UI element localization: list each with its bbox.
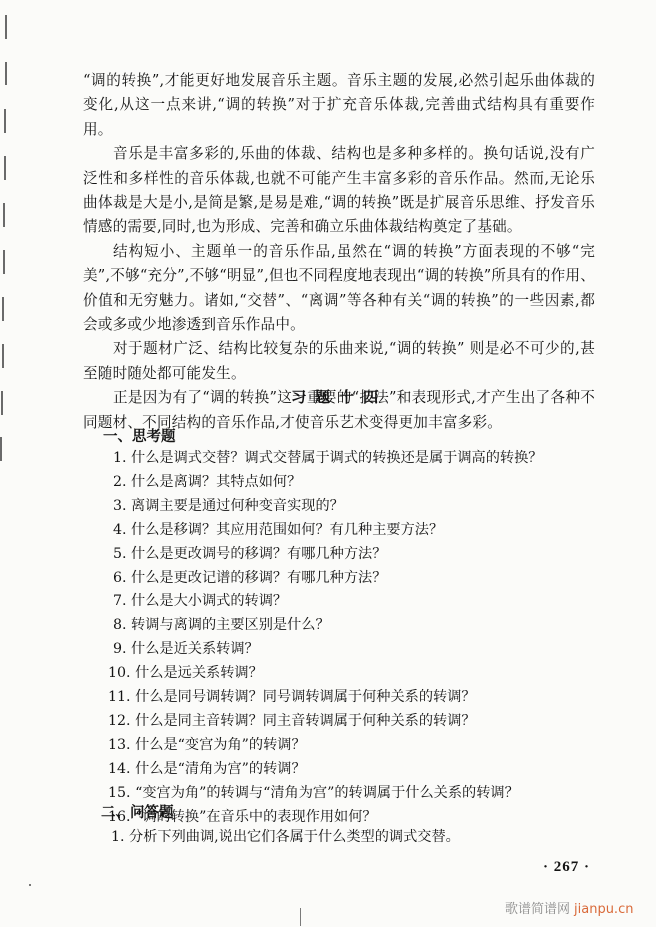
question-item: 2. 什么是离调？其特点如何？ [113, 471, 543, 495]
binding-edge-mark [4, 109, 6, 133]
page-number: · 267 · [543, 859, 590, 876]
question-item: 13. 什么是“变宫为角”的转调？ [108, 734, 543, 758]
scan-speck [29, 884, 31, 886]
question-item: 12. 什么是同主音转调？同主音转调属于何种关系的转调？ [108, 710, 543, 734]
question-item: 11. 什么是同号调转调？同号调转调属于何种关系的转调？ [108, 686, 543, 710]
paragraph: 结构短小、主题单一的音乐作品,虽然在“调的转换”方面表现的不够“完美”,不够“充… [83, 240, 595, 338]
watermark-en: jianpu.cn [574, 902, 633, 917]
paragraph: 对于题材广泛、结构比较复杂的乐曲来说,“调的转换” 则是必不可少的,甚至随时随处… [83, 337, 595, 386]
question-item: 9. 什么是近关系转调？ [113, 638, 543, 662]
binding-edge-mark [2, 344, 4, 368]
binding-edge-mark [5, 15, 7, 39]
watermark: 歌谱简谱网jianpu.cn [505, 898, 633, 917]
body-text: “调的转换”,才能更好地发展音乐主题。音乐主题的发展,必然引起乐曲体裁的变化,从… [83, 69, 595, 435]
binding-edge-mark [4, 156, 6, 180]
question-item: 5. 什么是更改调号的移调？有哪几种方法？ [113, 543, 543, 567]
question-item: 7. 什么是大小调式的转调？ [113, 590, 543, 614]
paragraph: “调的转换”,才能更好地发展音乐主题。音乐主题的发展,必然引起乐曲体裁的变化,从… [83, 69, 595, 142]
watermark-cn: 歌谱简谱网 [505, 902, 570, 917]
paragraph: 音乐是丰富多彩的,乐曲的体裁、结构也是多种多样的。换句话说,没有广泛性和多样性的… [83, 142, 595, 240]
question-item: 1. 什么是调式交替？调式交替属于调式的转换还是属于调高的转换？ [113, 447, 543, 471]
question-item: 8. 转调与离调的主要区别是什么？ [113, 614, 543, 638]
question-item: 4. 什么是移调？其应用范围如何？有几种主要方法？ [113, 519, 543, 543]
binding-edge-mark [0, 437, 2, 461]
question-item: 14. 什么是“清角为宫”的转调？ [108, 758, 543, 782]
page-content: “调的转换”,才能更好地发展音乐主题。音乐主题的发展,必然引起乐曲体裁的变化,从… [83, 69, 595, 435]
binding-edge-mark [2, 297, 4, 321]
binding-edge-mark [1, 391, 3, 415]
part1-heading: 一、思考题 [103, 425, 176, 446]
part2-heading: 二、问答题 [101, 801, 174, 822]
question-item: 10. 什么是远关系转调？ [108, 662, 543, 686]
thinking-questions-list: 1. 什么是调式交替？调式交替属于调式的转换还是属于调高的转换？ 2. 什么是离… [113, 447, 543, 830]
binding-edge-mark [3, 250, 5, 274]
question-item: 3. 离调主要是通过何种变音实现的？ [113, 495, 543, 519]
question-item: 1. 分析下列曲调,说出它们各属于什么类型的调式交替。 [111, 825, 460, 849]
scan-mark [300, 908, 301, 926]
question-item: 6. 什么是更改记谱的移调？有哪几种方法？ [113, 567, 543, 591]
answer-questions-list: 1. 分析下列曲调,说出它们各属于什么类型的调式交替。 [111, 825, 460, 849]
exercise-title: 习题十四 [83, 386, 595, 407]
binding-edge-mark [5, 62, 7, 85]
binding-edge-mark [3, 203, 5, 227]
